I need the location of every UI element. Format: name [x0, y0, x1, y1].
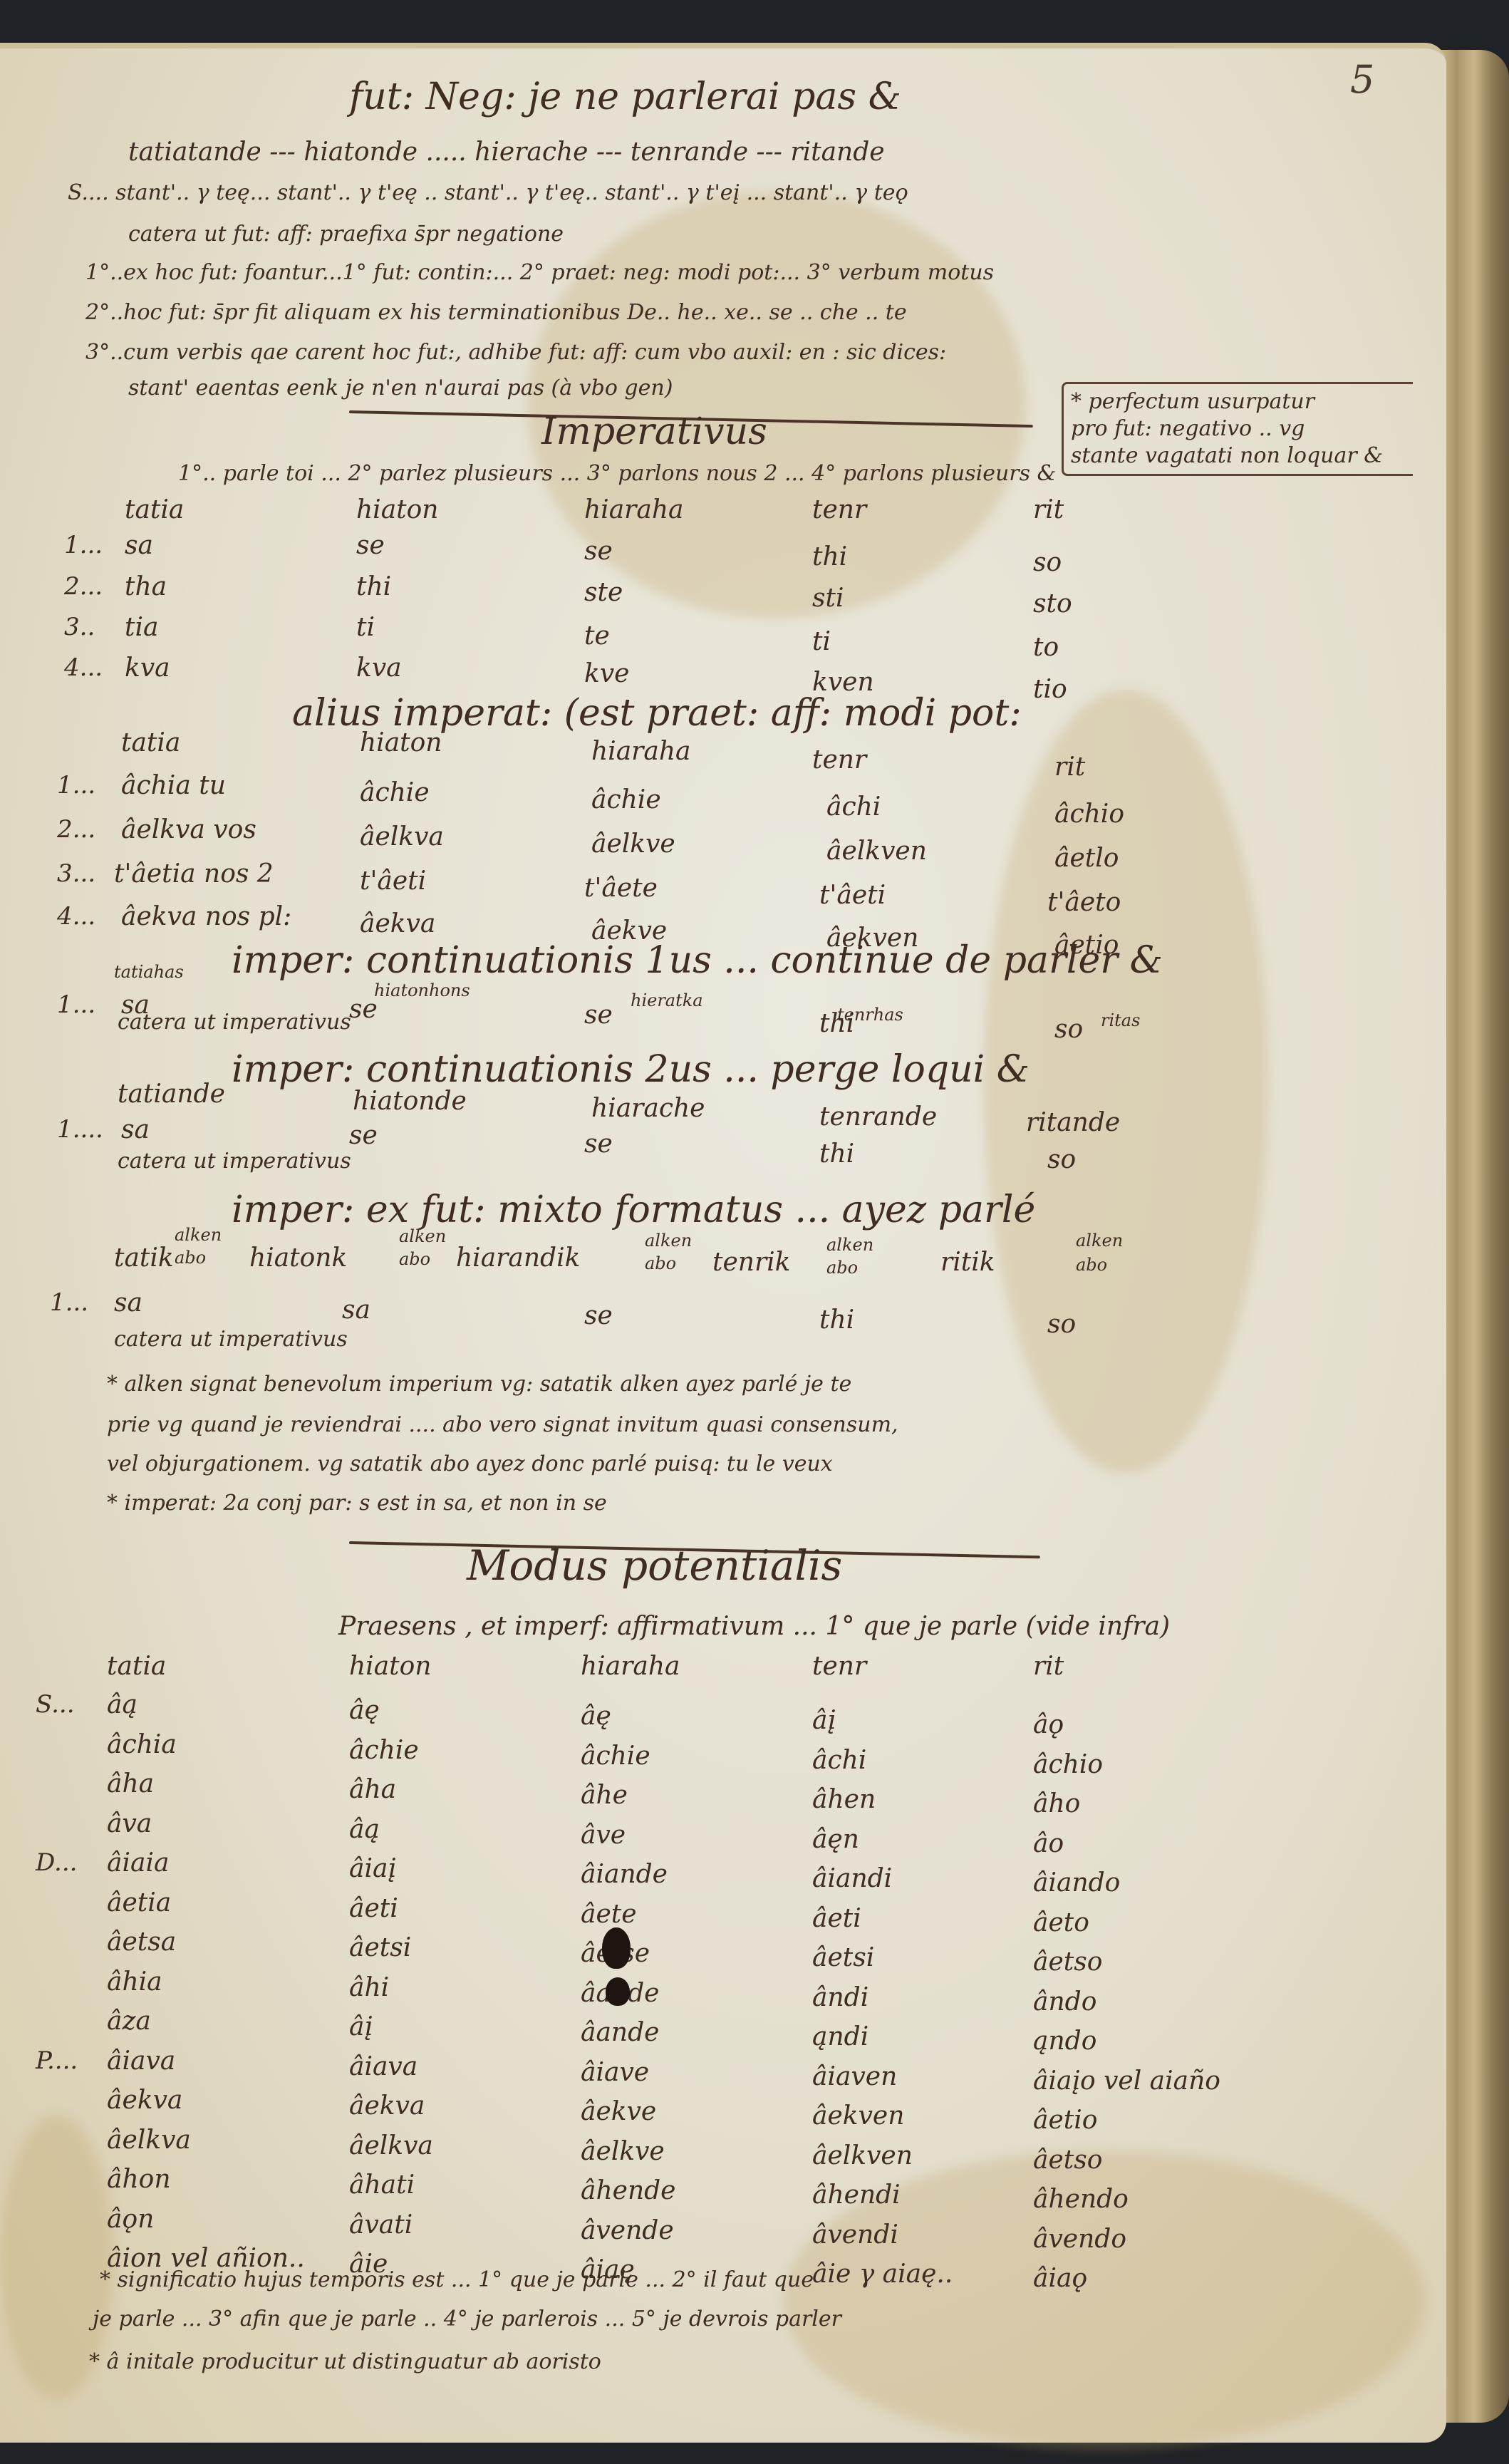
cell: so [1054, 1015, 1083, 1044]
brace-option: alken [645, 1231, 692, 1251]
cell: âchia tu [121, 771, 226, 800]
cell: sa [342, 1295, 370, 1325]
column-header: rit [1054, 752, 1085, 782]
cell: âchie [591, 785, 661, 814]
brace-option: abo [1076, 1255, 1107, 1275]
cell: t'âeti [360, 866, 426, 896]
cell: âekven [812, 2101, 904, 2131]
potentialis-heading: Modus potentialis [467, 1545, 842, 1586]
cell: t'âetia nos 2 [114, 859, 274, 889]
cell: thi [819, 1139, 854, 1169]
cell: âvendo [1033, 2225, 1126, 2254]
cell: âande [581, 2018, 659, 2047]
margin-note-line: pro fut: negativo .. vg [1071, 415, 1406, 442]
cell: t'âete [584, 874, 658, 903]
cell: âchio [1033, 1750, 1103, 1779]
fut-neg-rule-2: 2°..hoc fut: s̄pr fit aliquam ex his ter… [85, 302, 907, 323]
cell: âelkva vos [121, 815, 256, 844]
column-header: hiaton [349, 1652, 432, 1681]
column-header: hiaraha [581, 1652, 680, 1681]
row-mark: 4... [64, 653, 103, 682]
potentialis-subheading: Praesens , et imperf: affirmativum ... 1… [338, 1614, 1170, 1640]
cell: sa [114, 1288, 142, 1318]
imper-mixto-note: catera ut imperativus [114, 1329, 348, 1350]
cell: se [584, 1129, 613, 1159]
cell: âza [107, 2007, 151, 2036]
cell: âetso [1033, 2145, 1102, 2175]
cell: ti [356, 613, 375, 642]
margin-note-line: stante vagatati non loquar & [1071, 442, 1406, 470]
cell: âha [107, 1769, 154, 1798]
column-header: tenrande [819, 1102, 937, 1132]
note-significatio: * significatio hujus temporis est ... 1°… [100, 2269, 814, 2291]
cell: âchi [812, 1746, 866, 1775]
cell: se [584, 1301, 613, 1330]
cell: âchi [826, 792, 881, 822]
cell: âva [107, 1809, 152, 1838]
note-alken-cont: prie vg quand je reviendrai .... abo ver… [107, 1414, 898, 1436]
cell: ste [584, 578, 623, 607]
cell: te [584, 621, 610, 651]
row-mark: 2... [57, 815, 95, 844]
cell: âelkva [349, 2131, 433, 2160]
cell: âiaįo vel aiaño [1033, 2066, 1220, 2096]
cell: âekve [581, 2097, 656, 2126]
fut-neg-rule-1: 1°..ex hoc fut: foantur...1° fut: contin… [85, 262, 994, 284]
cell: ândi [812, 1983, 868, 2012]
brace-option: abo [826, 1258, 858, 1278]
row-mark: 4... [57, 902, 95, 931]
cell: âhendo [1033, 2185, 1129, 2214]
cell: kva [125, 653, 170, 683]
cell: âetia [107, 1888, 171, 1917]
column-header: rit [1033, 1652, 1064, 1681]
brace-option: alken [175, 1225, 222, 1245]
imper-cont-2-note: catera ut imperativus [118, 1151, 351, 1172]
imperativus-persons: 1°.. parle toi ... 2° parlez plusieurs .… [178, 463, 1056, 485]
cell: âete [581, 1900, 637, 1929]
cell: âelkva [360, 822, 444, 851]
column-header: ritande [1026, 1108, 1120, 1137]
column-header: tatiande [118, 1080, 225, 1109]
brace-option: abo [399, 1249, 430, 1269]
cell: âelkven [826, 837, 927, 866]
cell: âį [349, 2012, 373, 2041]
column-header: tenr [812, 745, 866, 775]
cell: âę [581, 1702, 611, 1731]
cell: âhende [581, 2176, 676, 2205]
cell: se [584, 537, 613, 566]
cell: tia [125, 613, 158, 642]
row-mark: 2... [64, 572, 103, 601]
column-header: tenr [812, 1652, 866, 1681]
column-header: tatia [125, 495, 184, 524]
column-header: hiatonk [249, 1243, 347, 1273]
cell: âo [1033, 1829, 1064, 1858]
cell: âiande [581, 1860, 668, 1889]
cell: âeto [1033, 1908, 1089, 1937]
alius-imperat-heading: alius imperat: (est praet: aff: modi pot… [292, 695, 1022, 732]
row-mark: 1... [57, 990, 95, 1019]
fut-neg-catera: catera ut fut: aff: praefixa s̄pr negati… [128, 224, 564, 245]
margin-note-box: * perfectum usurpatur pro fut: negativo … [1062, 382, 1413, 476]
cell: âiave [581, 2058, 649, 2087]
cell: âeti [812, 1904, 861, 1933]
cell: âiaį [349, 1854, 396, 1883]
cell: âą [107, 1690, 138, 1719]
column-header: ritik [940, 1248, 995, 1277]
cell: âį [812, 1706, 836, 1735]
superscript-form: tatiahas [114, 962, 184, 982]
cell: âha [349, 1775, 396, 1804]
brace-option: abo [645, 1253, 676, 1273]
cell: âetlo [1054, 844, 1119, 873]
imper-cont-2-heading: imper: continuationis 2us ... perge loqu… [232, 1051, 1030, 1088]
cell: âelkve [581, 2137, 665, 2166]
cell: âetso [1033, 1947, 1102, 1977]
column-header: hiatonde [353, 1087, 467, 1116]
cell: âiava [349, 2052, 418, 2081]
note-significatio-cont: je parle ... 3° afin que je parle .. 4° … [93, 2309, 841, 2330]
fut-neg-rule-3: 3°..cum verbis qae carent hoc fut:, adhi… [85, 342, 946, 363]
brace-option: alken [826, 1235, 873, 1255]
cell: se [349, 995, 378, 1024]
cell: t'âeti [819, 881, 886, 910]
column-header: hiaraha [591, 737, 690, 766]
cell: âekva [349, 2091, 425, 2121]
cell: âhia [107, 1967, 162, 1997]
cell: âǫn [107, 2205, 154, 2234]
cell: tio [1033, 675, 1067, 704]
cell: âiando [1033, 1868, 1120, 1898]
cell: âvendi [812, 2220, 898, 2250]
cell: âekva nos pl: [121, 902, 291, 931]
row-mark: P.... [36, 2046, 78, 2075]
cell: thi [819, 1305, 854, 1335]
cell: âelkve [591, 829, 675, 859]
cell: se [584, 1000, 613, 1030]
column-header: hiaton [360, 728, 442, 757]
superscript-form: ritas [1101, 1010, 1140, 1030]
note-abo: vel objurgationem. vg satatik abo ayez d… [107, 1454, 833, 1475]
row-mark: S... [36, 1690, 75, 1719]
page-number: 5 [1350, 57, 1374, 102]
cell: so [1047, 1145, 1076, 1174]
fut-neg-example: stant' eaentas eenk je n'en n'aurai pas … [128, 378, 673, 399]
brace-option: alken [399, 1226, 446, 1246]
cell: âchio [1054, 799, 1124, 829]
cell: âiandi [812, 1864, 892, 1893]
cell: sa [125, 531, 153, 560]
note-imperat-conj: * imperat: 2a conj par: s est in sa, et … [107, 1493, 607, 1514]
fut-neg-forms: tatiatande --- hiatonde ..... hierache -… [128, 140, 885, 165]
cell: âhi [349, 1973, 389, 2002]
cell: âetio [1033, 2106, 1097, 2135]
row-mark: D... [36, 1848, 77, 1877]
cell: âekva [107, 2086, 182, 2115]
cell: âhendi [812, 2180, 901, 2210]
column-header: tatia [107, 1652, 166, 1681]
imper-cont-1-heading: imper: continuationis 1us ... continue d… [232, 942, 1163, 979]
column-header: hiaton [356, 495, 439, 524]
cell: ti [812, 627, 831, 656]
cell: âiava [107, 2046, 175, 2076]
brace-option: alken [1076, 1231, 1123, 1251]
cell: âchie [349, 1736, 419, 1765]
row-mark: 3... [57, 859, 95, 888]
imper-mixto-heading: imper: ex fut: mixto formatus ... ayez p… [232, 1191, 1035, 1228]
cell: thi [356, 572, 391, 601]
column-header: tenrik [712, 1248, 791, 1277]
column-header: tatik [114, 1243, 174, 1273]
cell: âchie [360, 778, 430, 807]
cell: âhati [349, 2170, 415, 2200]
column-header: hiarache [591, 1094, 705, 1123]
cell: âetsi [349, 1933, 411, 1962]
cell: sti [812, 584, 844, 613]
cell: âetsi [812, 1943, 874, 1972]
cell: âeti [349, 1894, 398, 1923]
cell: âhen [812, 1785, 876, 1814]
cell: thi [819, 1009, 854, 1038]
cell: âho [1033, 1789, 1080, 1818]
cell: âetsa [107, 1927, 176, 1957]
row-mark: 1... [57, 771, 95, 799]
cell: âę [349, 1696, 380, 1725]
column-header: rit [1033, 495, 1064, 524]
superscript-form: hieratka [631, 990, 703, 1010]
cell: âelkva [107, 2126, 191, 2155]
cell: âchie [581, 1741, 650, 1771]
imper-cont-1-note: catera ut imperativus [118, 1012, 351, 1033]
column-header: tenr [812, 495, 866, 524]
cell: so [1033, 548, 1062, 577]
fut-neg-singular: S.... stant'.. γ teę... stant'.. γ t'eę … [68, 182, 908, 204]
row-mark: 1.... [57, 1115, 103, 1144]
note-initiale: * â initale producitur ut distinguatur a… [89, 2351, 601, 2373]
imperativus-heading: Imperativus [541, 413, 767, 450]
cell: âǫ [1033, 1710, 1064, 1739]
row-mark: 1... [50, 1288, 88, 1317]
column-header: tatia [121, 728, 180, 757]
ink-blot [602, 1927, 631, 1969]
cell: âvende [581, 2216, 674, 2245]
fut-neg-heading: fut: Neg: je ne parlerai pas & [349, 78, 901, 115]
cell: se [356, 531, 385, 560]
margin-note-line: * perfectum usurpatur [1071, 388, 1406, 415]
cell: to [1033, 633, 1059, 662]
note-alken: * alken signat benevolum imperium vg: sa… [107, 1374, 851, 1395]
cell: se [349, 1121, 378, 1150]
column-header: hiaraha [584, 495, 683, 524]
cell: sa [121, 1115, 150, 1144]
cell: âie γ aiaę.. [812, 2259, 953, 2289]
cell: sto [1033, 589, 1072, 618]
cell: âiaǫ [1033, 2264, 1087, 2293]
superscript-form: hiatonhons [374, 980, 470, 1000]
cell: âą [349, 1815, 380, 1844]
cell: ąndi [812, 2022, 868, 2051]
cell: âchia [107, 1730, 177, 1759]
cell: âhe [581, 1781, 628, 1810]
cell: âhon [107, 2165, 171, 2194]
brace-option: abo [175, 1248, 206, 1268]
ink-blot [606, 1977, 630, 2006]
cell: so [1047, 1310, 1076, 1339]
cell: âęn [812, 1825, 859, 1854]
cell: kva [356, 653, 402, 683]
cell: âiaven [812, 2062, 897, 2091]
cell: t'âeto [1047, 888, 1121, 917]
cell: thi [812, 542, 847, 571]
cell: kve [584, 659, 629, 688]
cell: ąndo [1033, 2026, 1096, 2056]
cell: âelkven [812, 2141, 913, 2170]
row-mark: 3.. [64, 613, 95, 641]
cell: âvati [349, 2210, 413, 2240]
cell: tha [125, 572, 167, 601]
cell: âekva [360, 909, 435, 938]
row-mark: 1... [64, 531, 103, 559]
cell: âve [581, 1821, 626, 1850]
cell: âiaia [107, 1848, 169, 1878]
column-header: hiarandik [456, 1243, 580, 1273]
cell: ândo [1033, 1987, 1096, 2017]
